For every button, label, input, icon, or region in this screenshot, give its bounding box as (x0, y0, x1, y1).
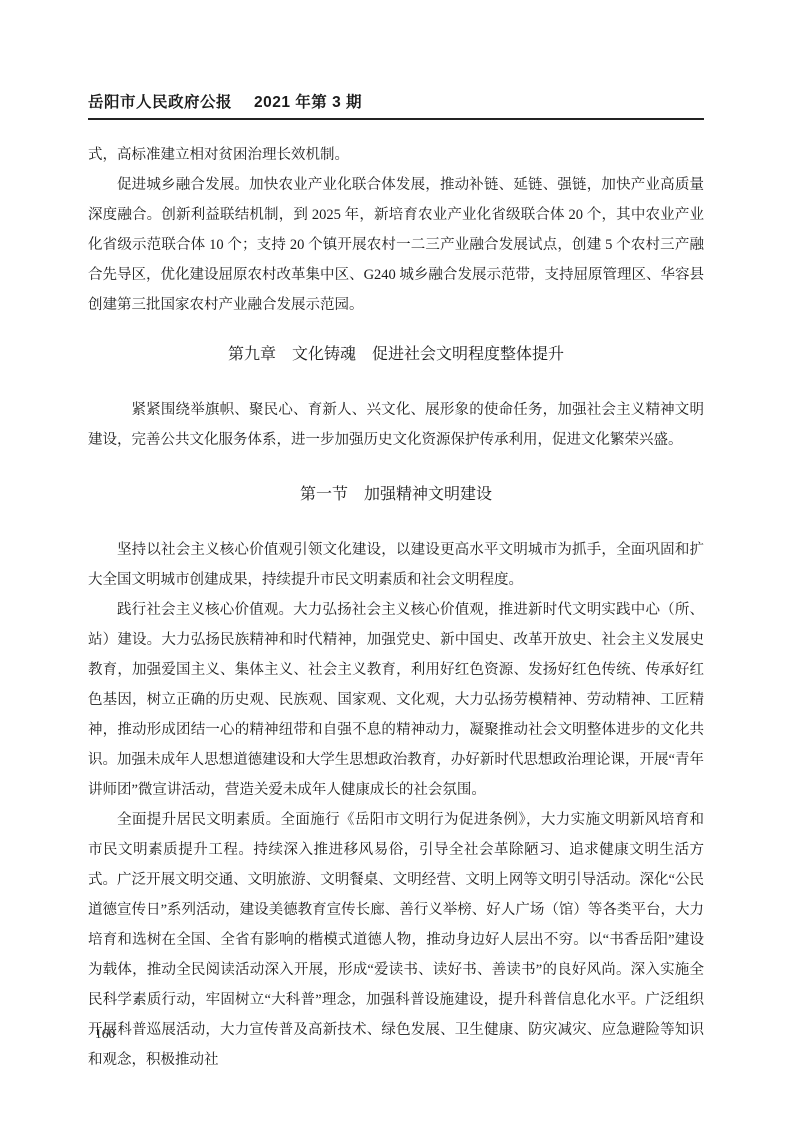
paragraph-continuation: 式，高标准建立相对贫困治理长效机制。 (88, 140, 704, 170)
gazette-page: 岳阳市人民政府公报2021 年第 3 期 式，高标准建立相对贫困治理长效机制。 … (0, 0, 793, 1122)
running-header-row: 岳阳市人民政府公报2021 年第 3 期 (88, 93, 704, 113)
paragraph-mission: 紧紧围绕举旗帜、聚民心、育新人、兴文化、展形象的使命任务，加强社会主义精神文明建… (88, 395, 704, 455)
issue-label: 2021 年第 3 期 (254, 94, 362, 111)
publication-title: 岳阳市人民政府公报 (88, 94, 232, 111)
section-heading: 第一节 加强精神文明建设 (88, 480, 704, 510)
running-header: 岳阳市人民政府公报2021 年第 3 期 (0, 0, 793, 120)
paragraph-civility-quality: 全面提升居民文明素质。全面施行《岳阳市文明行为促进条例》，大力实施文明新风培育和… (88, 805, 704, 1075)
page-number: 160 (95, 1026, 115, 1042)
paragraph-rural-integration: 促进城乡融合发展。加快农业产业化联合体发展，推动补链、延链、强链，加快产业高质量… (88, 170, 704, 320)
paragraph-core-values: 践行社会主义核心价值观。大力弘扬社会主义核心价值观，推进新时代文明实践中心（所、… (88, 595, 704, 805)
paragraph-civilized-city: 坚持以社会主义核心价值观引领文化建设，以建设更高水平文明城市为抓手，全面巩固和扩… (88, 535, 704, 595)
document-body: 式，高标准建立相对贫困治理长效机制。 促进城乡融合发展。加快农业产业化联合体发展… (0, 120, 793, 1075)
chapter-heading: 第九章 文化铸魂 促进社会文明程度整体提升 (88, 340, 704, 370)
